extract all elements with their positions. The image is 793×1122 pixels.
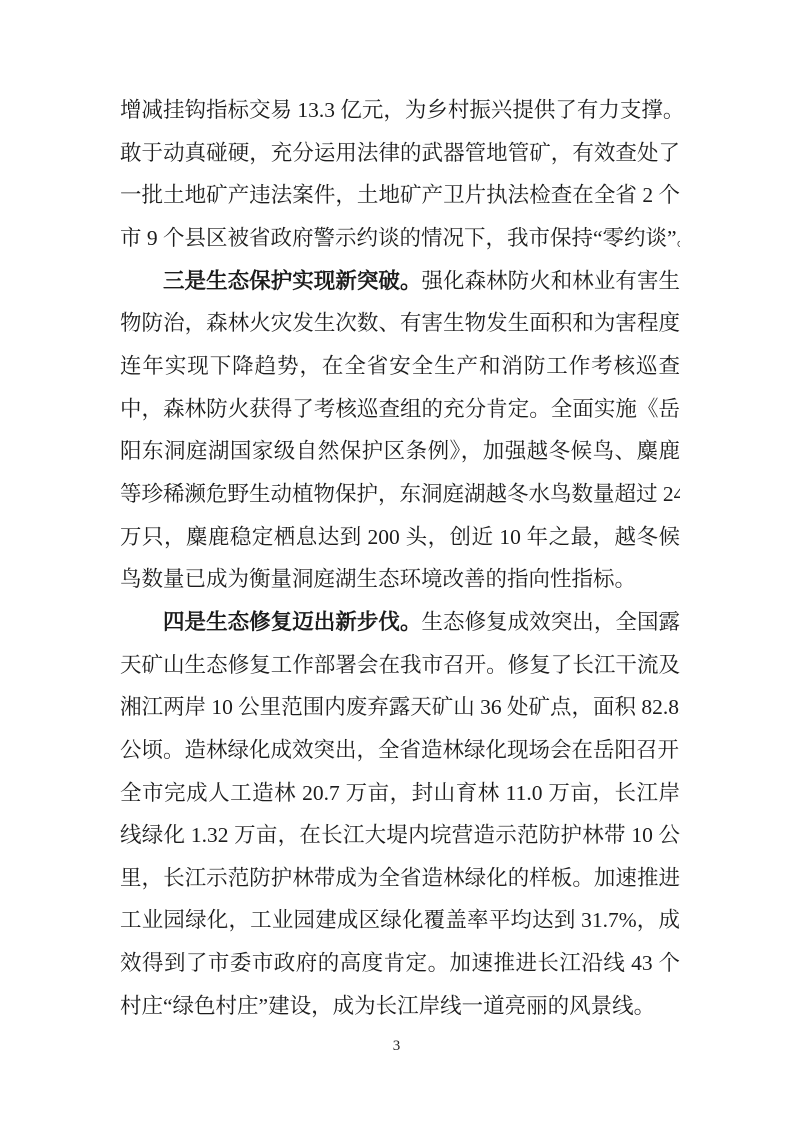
text-line: 公顷。造林绿化成效突出，全省造林绿化现场会在岳阳召开， bbox=[120, 729, 680, 772]
text-segment: 全市完成人工造林 20.7 万亩，封山育林 11.0 万亩，长江岸 bbox=[120, 781, 680, 805]
text-segment: 天矿山生态修复工作部署会在我市召开。修复了长江干流及 bbox=[120, 653, 680, 677]
paragraph-lead-in-bold: 四是生态修复迈出新步伐。 bbox=[163, 610, 422, 634]
text-segment: 湘江两岸 10 公里范围内废弃露天矿山 36 处矿点，面积 82.82 bbox=[120, 695, 680, 719]
paragraph-ecological-restoration: 四是生态修复迈出新步伐。生态修复成效突出，全国露天矿山生态修复工作部署会在我市召… bbox=[120, 601, 680, 1028]
text-line: 增减挂钩指标交易 13.3 亿元，为乡村振兴提供了有力支撑。 bbox=[120, 89, 680, 132]
text-segment: 万只，麋鹿稳定栖息达到 200 头，创近 10 年之最，越冬候 bbox=[120, 525, 680, 549]
text-segment: 公顷。造林绿化成效突出，全省造林绿化现场会在岳阳召开， bbox=[120, 738, 680, 762]
text-segment: 市 9 个县区被省政府警示约谈的情况下，我市保持“零约谈”。 bbox=[120, 226, 680, 250]
document-body: 增减挂钩指标交易 13.3 亿元，为乡村振兴提供了有力支撑。敢于动真碰硬，充分运… bbox=[120, 89, 680, 1027]
text-segment: 线绿化 1.32 万亩，在长江大堤内垸营造示范防护林带 10 公 bbox=[120, 823, 680, 847]
text-segment: 增减挂钩指标交易 13.3 亿元，为乡村振兴提供了有力支撑。 bbox=[120, 98, 680, 122]
text-line: 阳东洞庭湖国家级自然保护区条例》，加强越冬候鸟、麋鹿 bbox=[120, 430, 680, 473]
text-segment: 生态修复成效突出，全国露 bbox=[422, 610, 680, 634]
text-line: 四是生态修复迈出新步伐。生态修复成效突出，全国露 bbox=[120, 601, 680, 644]
text-line: 等珍稀濒危野生动植物保护，东洞庭湖越冬水鸟数量超过 24 bbox=[120, 473, 680, 516]
text-line: 三是生态保护实现新突破。强化森林防火和林业有害生 bbox=[120, 260, 680, 303]
text-line: 鸟数量已成为衡量洞庭湖生态环境改善的指向性指标。 bbox=[120, 558, 680, 601]
text-line: 全市完成人工造林 20.7 万亩，封山育林 11.0 万亩，长江岸 bbox=[120, 772, 680, 815]
text-line: 工业园绿化，工业园建成区绿化覆盖率平均达到 31.7%，成 bbox=[120, 899, 680, 942]
text-line: 连年实现下降趋势，在全省安全生产和消防工作考核巡查 bbox=[120, 345, 680, 388]
paragraph-land-management-continuation: 增减挂钩指标交易 13.3 亿元，为乡村振兴提供了有力支撑。敢于动真碰硬，充分运… bbox=[120, 89, 680, 260]
text-line: 里，长江示范防护林带成为全省造林绿化的样板。加速推进 bbox=[120, 857, 680, 900]
page-footer: 3 bbox=[0, 1036, 793, 1056]
text-segment: 里，长江示范防护林带成为全省造林绿化的样板。加速推进 bbox=[120, 866, 680, 890]
text-line: 天矿山生态修复工作部署会在我市召开。修复了长江干流及 bbox=[120, 644, 680, 687]
text-line: 中，森林防火获得了考核巡查组的充分肯定。全面实施《岳 bbox=[120, 388, 680, 431]
text-segment: 物防治，森林火灾发生次数、有害生物发生面积和为害程度 bbox=[120, 311, 680, 335]
text-segment: 效得到了市委市政府的高度肯定。加速推进长江沿线 43 个 bbox=[120, 951, 680, 975]
paragraph-lead-in-bold: 三是生态保护实现新突破。 bbox=[163, 269, 422, 293]
text-line: 效得到了市委市政府的高度肯定。加速推进长江沿线 43 个 bbox=[120, 942, 680, 985]
text-segment: 中，森林防火获得了考核巡查组的充分肯定。全面实施《岳 bbox=[120, 397, 680, 421]
text-segment: 工业园绿化，工业园建成区绿化覆盖率平均达到 31.7%，成 bbox=[120, 908, 680, 932]
text-line: 湘江两岸 10 公里范围内废弃露天矿山 36 处矿点，面积 82.82 bbox=[120, 686, 680, 729]
document-page: 增减挂钩指标交易 13.3 亿元，为乡村振兴提供了有力支撑。敢于动真碰硬，充分运… bbox=[0, 0, 793, 1122]
text-line: 物防治，森林火灾发生次数、有害生物发生面积和为害程度 bbox=[120, 302, 680, 345]
text-segment: 阳东洞庭湖国家级自然保护区条例》，加强越冬候鸟、麋鹿 bbox=[120, 439, 680, 463]
text-line: 线绿化 1.32 万亩，在长江大堤内垸营造示范防护林带 10 公 bbox=[120, 814, 680, 857]
text-line: 市 9 个县区被省政府警示约谈的情况下，我市保持“零约谈”。 bbox=[120, 217, 680, 260]
text-segment: 村庄“绿色村庄”建设，成为长江岸线一道亮丽的风景线。 bbox=[120, 994, 655, 1018]
text-segment: 一批土地矿产违法案件，土地矿产卫片执法检查在全省 2 个 bbox=[120, 183, 680, 207]
text-segment: 鸟数量已成为衡量洞庭湖生态环境改善的指向性指标。 bbox=[120, 567, 636, 591]
text-segment: 连年实现下降趋势，在全省安全生产和消防工作考核巡查 bbox=[120, 354, 680, 378]
text-line: 万只，麋鹿稳定栖息达到 200 头，创近 10 年之最，越冬候 bbox=[120, 516, 680, 559]
text-line: 一批土地矿产违法案件，土地矿产卫片执法检查在全省 2 个 bbox=[120, 174, 680, 217]
text-line: 村庄“绿色村庄”建设，成为长江岸线一道亮丽的风景线。 bbox=[120, 985, 680, 1028]
text-segment: 敢于动真碰硬，充分运用法律的武器管地管矿，有效查处了 bbox=[120, 141, 680, 165]
paragraph-ecological-protection: 三是生态保护实现新突破。强化森林防火和林业有害生物防治，森林火灾发生次数、有害生… bbox=[120, 260, 680, 601]
page-number: 3 bbox=[393, 1038, 401, 1054]
text-segment: 等珍稀濒危野生动植物保护，东洞庭湖越冬水鸟数量超过 24 bbox=[120, 482, 680, 506]
text-segment: 强化森林防火和林业有害生 bbox=[422, 269, 680, 293]
text-line: 敢于动真碰硬，充分运用法律的武器管地管矿，有效查处了 bbox=[120, 132, 680, 175]
